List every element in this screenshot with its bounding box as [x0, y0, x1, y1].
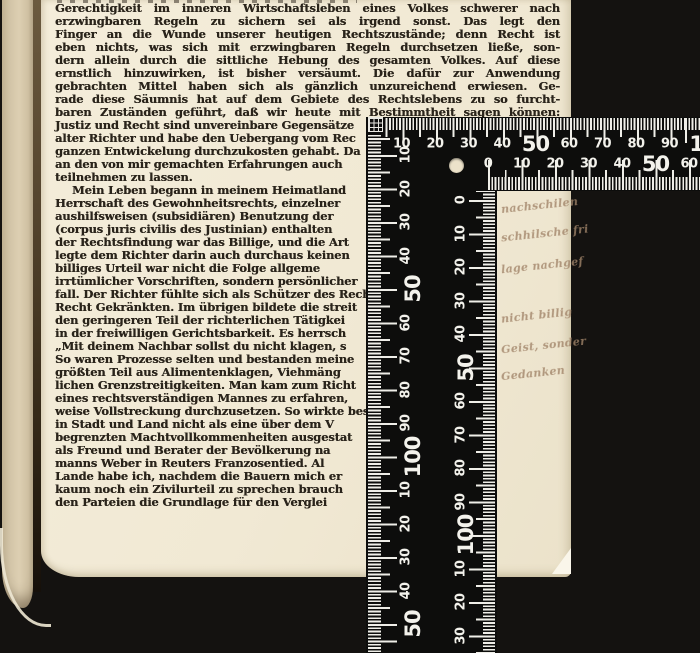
ruler-number: 10: [454, 560, 469, 577]
ruler-number: 10: [513, 157, 530, 172]
horizontal-ruler-mm-ticks: [384, 118, 700, 130]
ruler-number: 80: [399, 381, 414, 398]
ruler-number: 30: [580, 157, 597, 172]
ruler-number: 10: [399, 481, 414, 498]
ruler-number: 100: [454, 515, 478, 556]
ruler-number: 30: [454, 292, 469, 309]
ruler-number: 20: [399, 180, 414, 197]
ruler-pivot-hole: [449, 158, 464, 173]
horizontal-ruler-bottom-mm-ticks: [488, 177, 700, 190]
ruler-number: 30: [454, 627, 469, 644]
ruler-number: 40: [454, 325, 469, 342]
ruler-number: 60: [680, 157, 697, 172]
photo-of-book-page-with-rulers: Gerechtigkeit im inneren Wirtschaftslebe…: [0, 0, 700, 653]
gutter-shadow: [33, 0, 41, 592]
ruler-end-grid-icon: [368, 117, 383, 132]
ruler-number: 20: [454, 593, 469, 610]
ruler-number: 80: [454, 459, 469, 476]
ruler-number: 30: [399, 548, 414, 565]
ruler-number: 90: [661, 137, 678, 152]
ruler-number: 60: [454, 392, 469, 409]
ruler-number: 100: [401, 436, 425, 477]
ruler-number: 40: [399, 247, 414, 264]
ruler-number: 20: [399, 515, 414, 532]
ruler-number: 50: [522, 132, 549, 156]
ruler-number: 40: [399, 582, 414, 599]
ruler-number: 20: [546, 157, 563, 172]
vertical-ruler-mm-ticks: [368, 134, 381, 653]
ruler-number: 30: [460, 137, 477, 152]
ruler-number: 50: [401, 275, 425, 302]
ruler-number: 40: [493, 137, 510, 152]
ruler-number: 0: [454, 196, 469, 205]
ruler-number: 10: [689, 132, 700, 156]
ruler-number: 10: [399, 146, 414, 163]
ruler-number: 70: [399, 347, 414, 364]
ruler-number: 10: [454, 225, 469, 242]
ruler-number: 20: [454, 258, 469, 275]
ruler-number: 50: [401, 610, 425, 637]
ruler-number: 40: [613, 157, 630, 172]
ruler-number: 70: [594, 137, 611, 152]
ruler-number: 60: [560, 137, 577, 152]
ruler-number: 70: [454, 426, 469, 443]
ruler-number: 30: [399, 213, 414, 230]
ruler-number: 80: [627, 137, 644, 152]
ruler-number: 60: [399, 314, 414, 331]
ruler-number: 50: [642, 152, 669, 176]
ruler-number: 20: [426, 137, 443, 152]
ruler-number: 0: [484, 157, 493, 172]
ruler-number: 90: [454, 493, 469, 510]
vertical-ruler-right-mm-ticks: [483, 191, 495, 653]
book-page-edges: [2, 0, 33, 608]
ruler-number: 90: [399, 414, 414, 431]
ruler-number: 50: [454, 354, 478, 381]
